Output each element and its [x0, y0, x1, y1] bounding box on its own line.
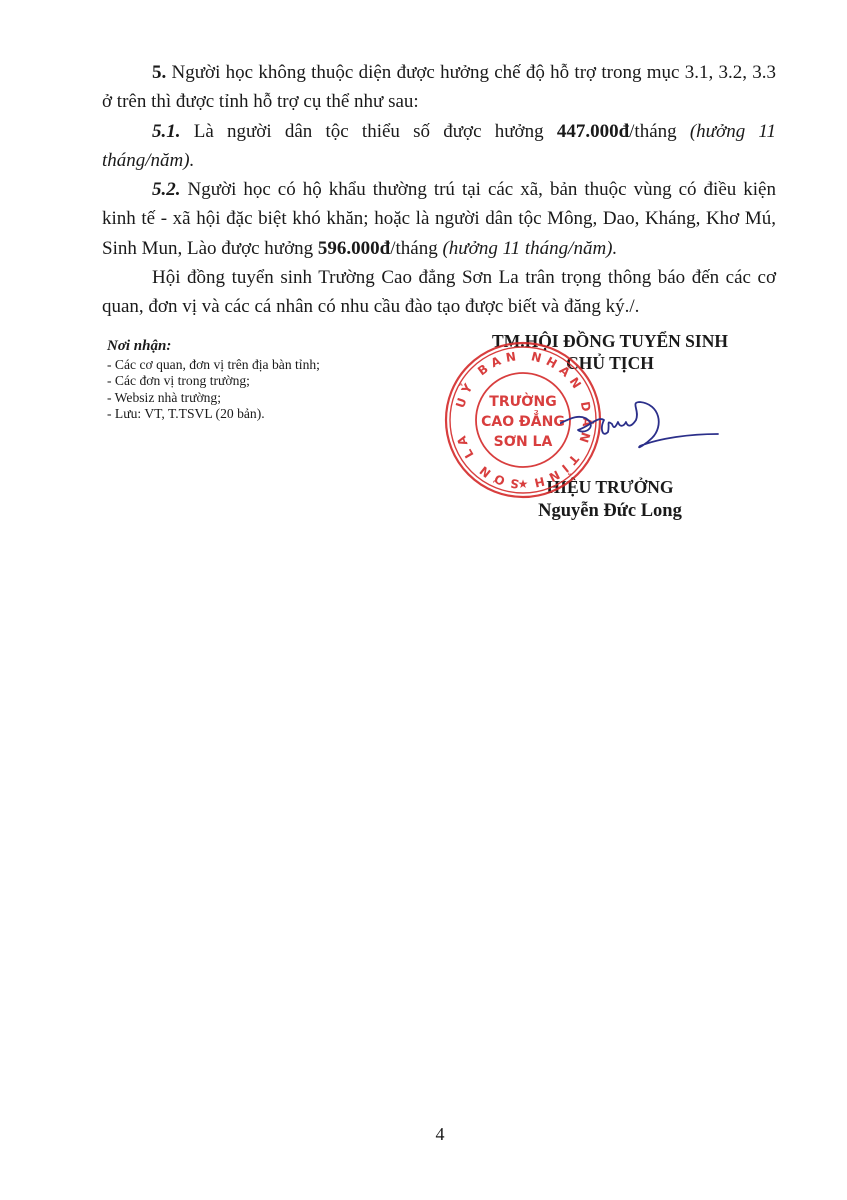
stamp-line-2: CAO ĐẲNG [481, 410, 565, 430]
recipient-item: - Các cơ quan, đơn vị trên địa bàn tỉnh; [107, 357, 320, 374]
handwritten-signature-icon [560, 390, 720, 460]
recipient-item: - Các đơn vị trong trường; [107, 373, 320, 390]
note: (hưởng 11 tháng/năm). [442, 238, 617, 259]
recipient-item: - Websiz nhà trường; [107, 390, 320, 407]
amount: 596.000đ [318, 238, 390, 259]
closing-paragraph: Hội đồng tuyển sinh Trường Cao đẳng Sơn … [102, 263, 776, 322]
amount: 447.000đ [557, 121, 629, 142]
paragraph-5: 5. Người học không thuộc diện được hưởng… [102, 58, 776, 117]
section-number: 5.2. [152, 179, 181, 200]
paragraph-5-1: 5.1. Là người dân tộc thiểu số được hưởn… [102, 117, 776, 176]
stamp-line-1: TRƯỜNG [489, 392, 556, 410]
section-number: 5.1. [152, 121, 181, 142]
section-number: 5. [152, 62, 166, 83]
paragraph-5-2: 5.2. Người học có hộ khẩu thường trú tại… [102, 175, 776, 263]
stamp-line-3: SƠN LA [494, 434, 553, 450]
recipient-item: - Lưu: VT, T.TSVL (20 bản). [107, 406, 320, 423]
signer-name: Nguyễn Đức Long [470, 500, 750, 522]
stamp-star-icon: ★ [518, 477, 529, 491]
body-text: 5. Người học không thuộc diện được hưởng… [102, 58, 776, 322]
recipients-list: Nơi nhận: - Các cơ quan, đơn vị trên địa… [107, 338, 320, 423]
recipients-title: Nơi nhận: [107, 338, 320, 355]
page-number: 4 [430, 1124, 450, 1145]
document-page: 5. Người học không thuộc diện được hưởng… [0, 0, 847, 1200]
